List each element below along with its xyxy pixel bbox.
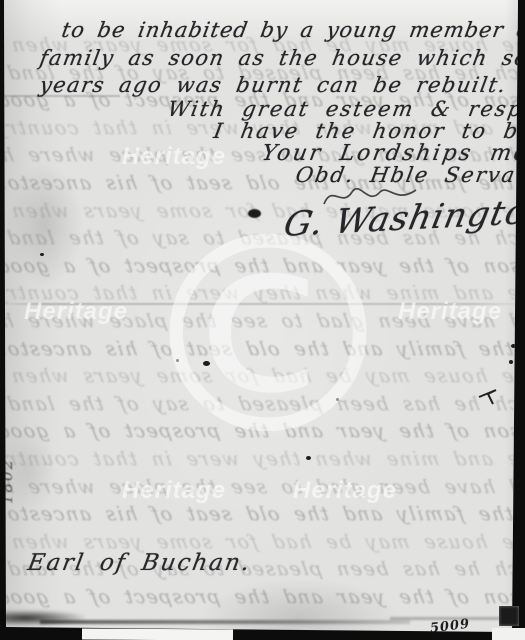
ink-speck <box>40 253 44 256</box>
film-notch <box>499 606 519 626</box>
bleedthrough-line: of the family and the old seat of his an… <box>0 503 525 525</box>
ink-speck <box>509 360 513 364</box>
letter-line: I have the honor to be <box>212 119 525 143</box>
arrow-mark <box>478 388 500 406</box>
photographed-letter: { "letter": { "body_lines": [ "to be inh… <box>0 0 525 640</box>
letter-line: With great esteem & respect <box>166 97 525 121</box>
paper-edge-sliver <box>82 628 233 640</box>
letter-line: to be inhabited by a young member of the <box>60 18 525 42</box>
heritage-watermark: Heritage <box>398 298 502 326</box>
heritage-watermark: Heritage <box>24 298 128 326</box>
copyright-watermark-icon: © <box>132 202 404 474</box>
heritage-watermark: Heritage <box>122 143 226 171</box>
page-bottom-edge-line <box>40 620 410 624</box>
bleedthrough-line: the season of the year and the prospect … <box>0 586 525 608</box>
letter-line: years ago was burnt can be rebuilt. — <box>38 73 525 97</box>
addressee-line: Earl of Buchan. <box>26 550 254 576</box>
paper-corner-sliver <box>492 628 525 640</box>
letter-line: family as soon as the house which some <box>38 46 525 70</box>
